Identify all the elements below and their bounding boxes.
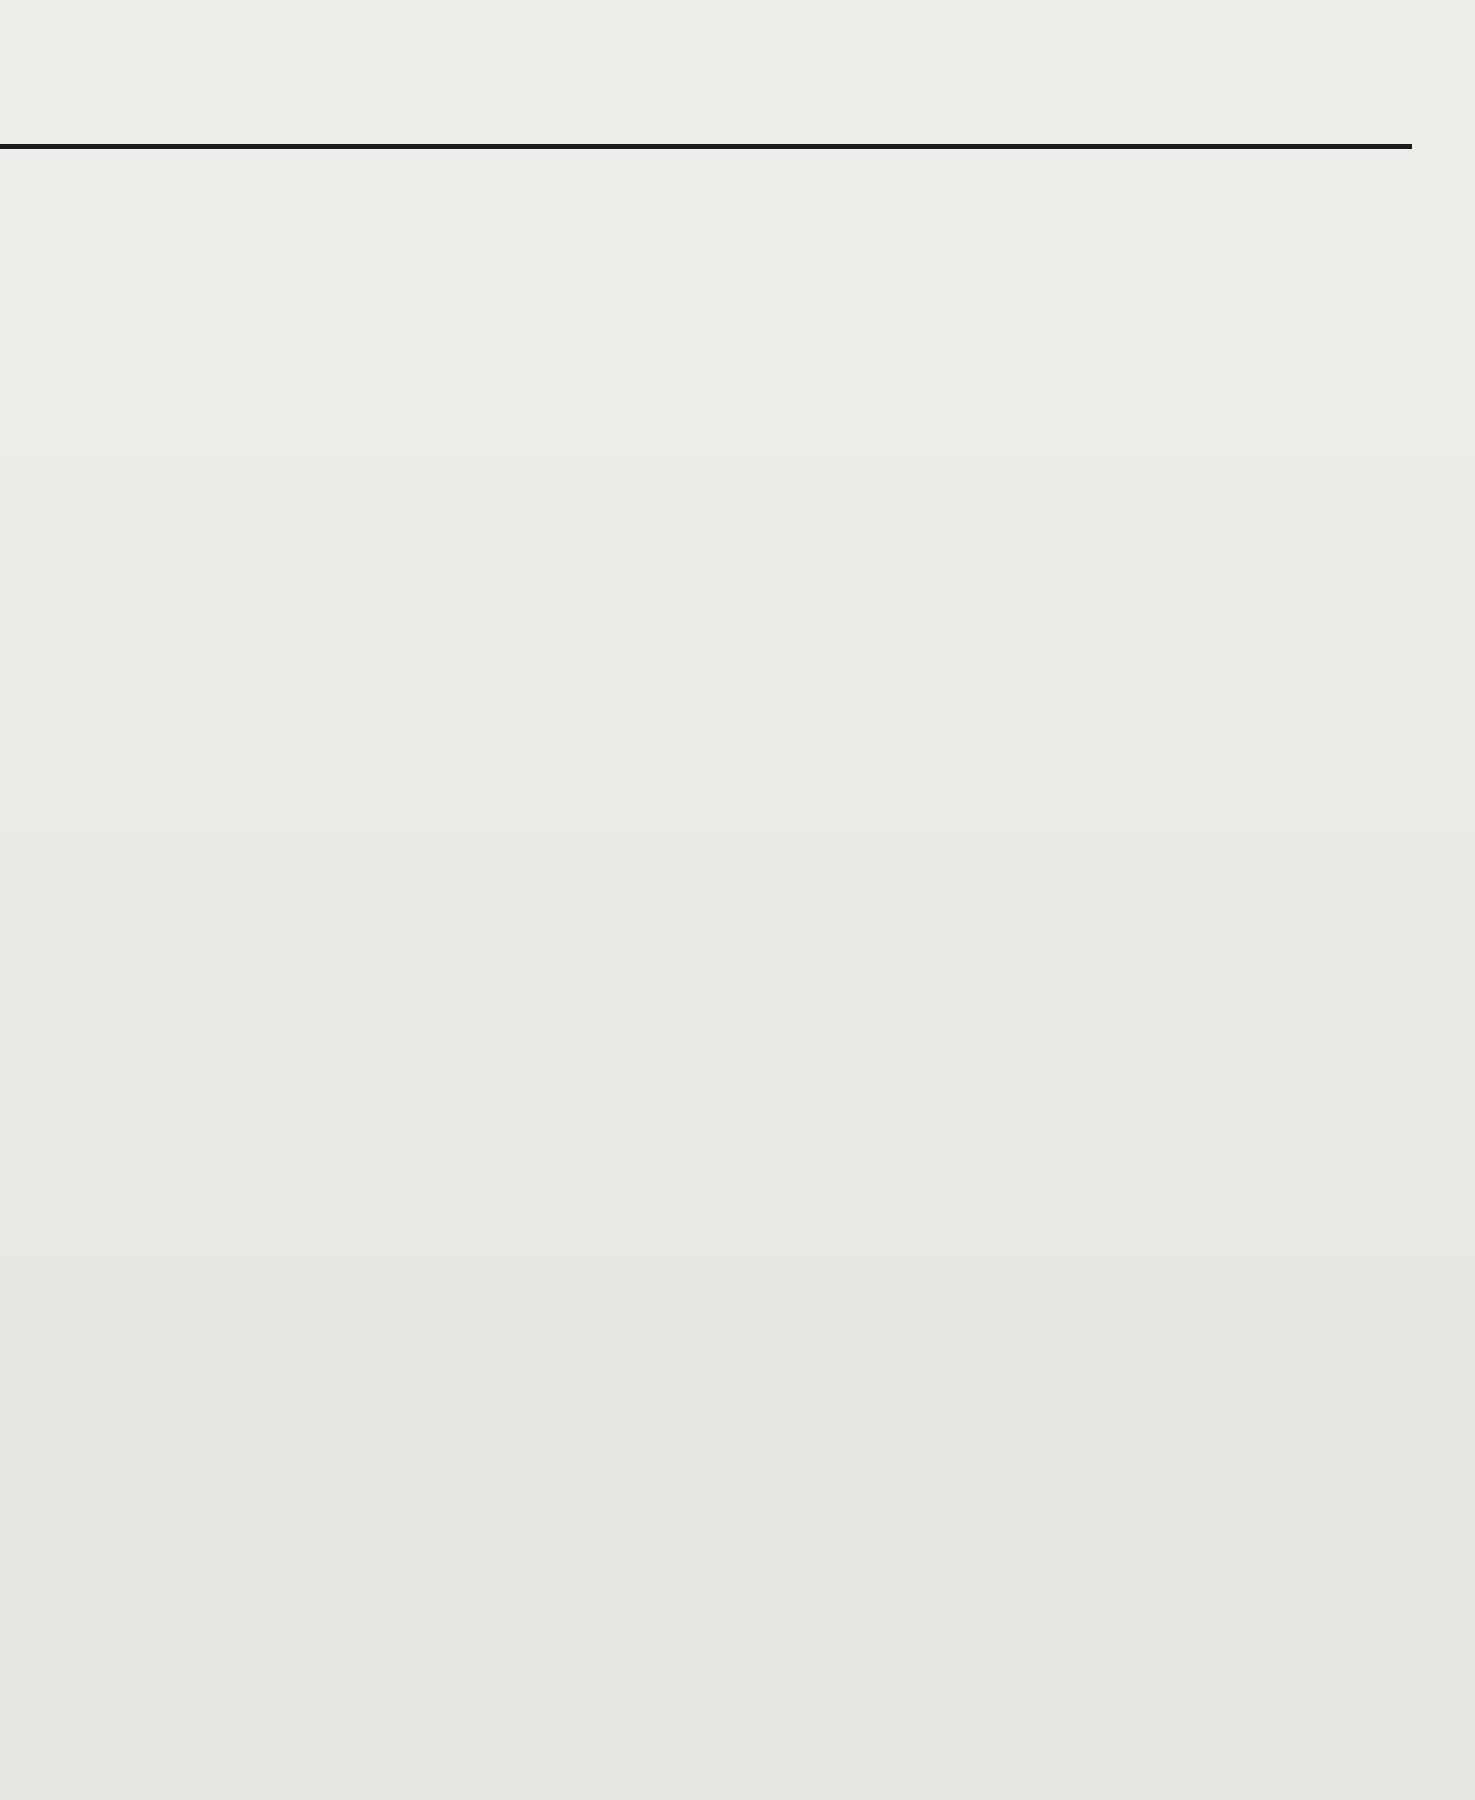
column-charlotte-cannon-and-thomas-rebuttal bbox=[330, 155, 860, 1800]
column-left-clipped bbox=[0, 152, 340, 1800]
masthead-rule bbox=[0, 144, 1412, 149]
column-thomas-continued bbox=[880, 160, 1410, 1800]
column-right-clipped bbox=[1428, 0, 1475, 1800]
